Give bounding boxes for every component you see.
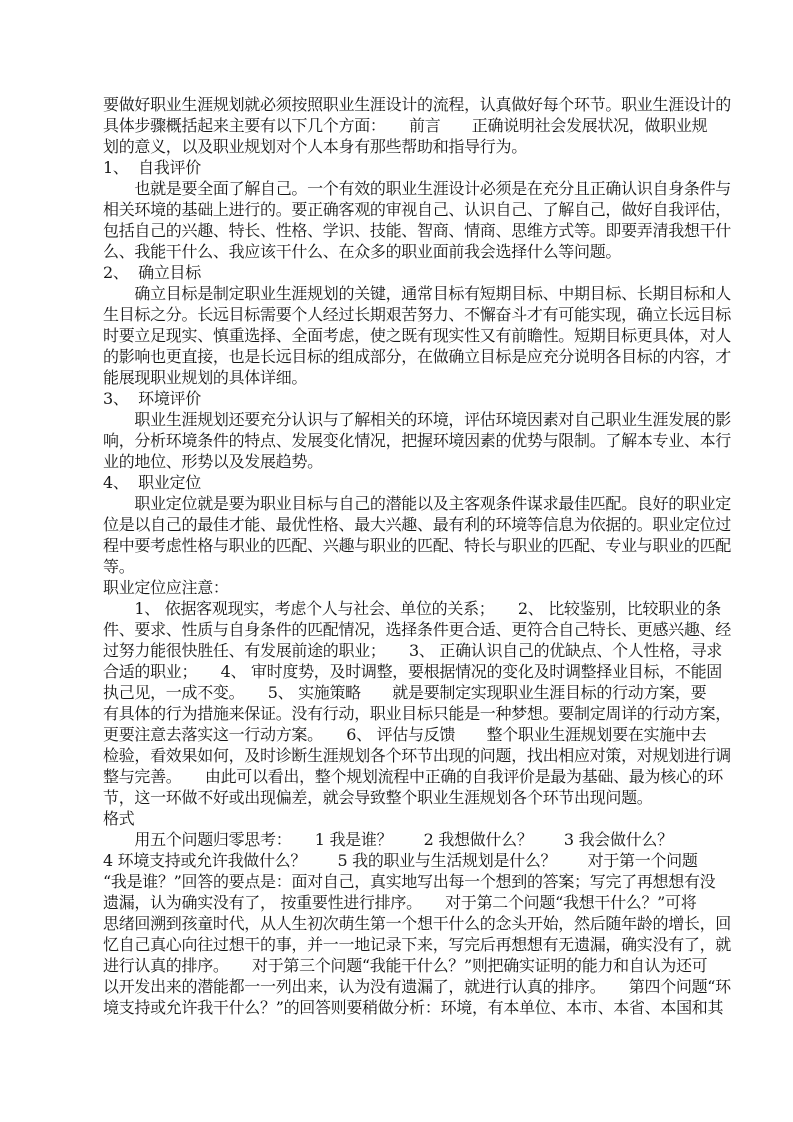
document-page: 要做好职业生涯规划就必须按照职业生涯设计的流程，认真做好每个环节。职业生涯设计的… (0, 0, 793, 1122)
text-line: 件、要求、性质与自身条件的匹配情况，选择条件更合适、更符合自己特长、更感兴趣、经 (103, 619, 697, 640)
text-line: 时要立足现实、慎重选择、全面考虑，使之既有现实性又有前瞻性。短期目标更具体，对人 (103, 325, 697, 346)
text-line: 合适的职业； 4、 审时度势，及时调整，要根据情况的变化及时调整择业目标，不能固 (103, 661, 697, 682)
text-line: 4、 职业定位 (103, 472, 697, 493)
document-text-block: 要做好职业生涯规划就必须按照职业生涯设计的流程，认真做好每个环节。职业生涯设计的… (103, 94, 697, 1018)
text-line: 节，这一环做不好或出现偏差，就会导致整个职业生涯规划各个环节出现问题。 (103, 787, 697, 808)
text-line: 响，分析环境条件的特点、发展变化情况，把握环境因素的优势与限制。了解本专业、本行 (103, 430, 697, 451)
text-line: 职业定位应注意： (103, 577, 697, 598)
text-line: 也就是要全面了解自己。一个有效的职业生涯设计必须是在充分且正确认识自身条件与 (103, 178, 697, 199)
text-line: 包括自己的兴趣、特长、性格、学识、技能、智商、情商、思维方式等。即要弄清我想干什 (103, 220, 697, 241)
text-line: 有具体的行为措施来保证。没有行动，职业目标只能是一种梦想。要制定周详的行动方案， (103, 703, 697, 724)
text-line: 4 环境支持或允许我做什么？ 5 我的职业与生活规划是什么？ 对于第一个问题 (103, 850, 697, 871)
text-line: 程中要考虑性格与职业的匹配、兴趣与职业的匹配、特长与职业的匹配、专业与职业的匹配 (103, 535, 697, 556)
text-line: 职业定位就是要为职业目标与自己的潜能以及主客观条件谋求最佳匹配。良好的职业定 (103, 493, 697, 514)
text-line: 进行认真的排序。 对于第三个问题“我能干什么？”则把确实证明的能力和自认为还可 (103, 955, 697, 976)
text-line: 格式 (103, 808, 697, 829)
text-line: 1、 自我评价 (103, 157, 697, 178)
text-line: 职业生涯规划还要充分认识与了解相关的环境，评估环境因素对自己职业生涯发展的影 (103, 409, 697, 430)
text-line: 思绪回溯到孩童时代，从人生初次萌生第一个想干什么的念头开始，然后随年龄的增长，回 (103, 913, 697, 934)
text-line: 1、 依据客观现实，考虑个人与社会、单位的关系； 2、 比较鉴别，比较职业的条 (103, 598, 697, 619)
text-line: 生目标之分。长远目标需要个人经过长期艰苦努力、不懈奋斗才有可能实现，确立长远目标 (103, 304, 697, 325)
text-line: “我是谁？”回答的要点是：面对自己，真实地写出每一个想到的答案；写完了再想想有没 (103, 871, 697, 892)
text-line: 用五个问题归零思考： 1 我是谁？ 2 我想做什么？ 3 我会做什么？ (103, 829, 697, 850)
text-line: 检验，看效果如何，及时诊断生涯规划各个环节出现的问题，找出相应对策，对规划进行调 (103, 745, 697, 766)
text-line: 么、我能干什么、我应该干什么、在众多的职业面前我会选择什么等问题。 (103, 241, 697, 262)
text-line: 要做好职业生涯规划就必须按照职业生涯设计的流程，认真做好每个环节。职业生涯设计的 (103, 94, 697, 115)
text-line: 划的意义，以及职业规划对个人本身有那些帮助和指导行为。 (103, 136, 697, 157)
text-line: 2、 确立目标 (103, 262, 697, 283)
text-line: 的影响也更直接，也是长远目标的组成部分，在做确立目标是应充分说明各目标的内容，才 (103, 346, 697, 367)
text-line: 遗漏，认为确实没有了， 按重要性进行排序。 对于第二个问题“我想干什么？”可将 (103, 892, 697, 913)
text-line: 忆自己真心向往过想干的事，并一一地记录下来，写完后再想想有无遗漏，确实没有了，就 (103, 934, 697, 955)
text-line: 更要注意去落实这一行动方案。 6、 评估与反馈 整个职业生涯规划要在实施中去 (103, 724, 697, 745)
text-line: 相关环境的基础上进行的。要正确客观的审视自己、认识自己、了解自己，做好自我评估， (103, 199, 697, 220)
text-line: 能展现职业规划的具体详细。 (103, 367, 697, 388)
text-line: 3、 环境评价 (103, 388, 697, 409)
text-line: 位是以自己的最佳才能、最优性格、最大兴趣、最有利的环境等信息为依据的。职业定位过 (103, 514, 697, 535)
text-line: 过努力能很快胜任、有发展前途的职业； 3、 正确认识自己的优缺点、个人性格，寻求 (103, 640, 697, 661)
text-line: 确立目标是制定职业生涯规划的关键，通常目标有短期目标、中期目标、长期目标和人 (103, 283, 697, 304)
text-line: 境支持或允许我干什么？”的回答则要稍做分析：环境，有本单位、本市、本省、本国和其 (103, 997, 697, 1018)
text-line: 具体步骤概括起来主要有以下几个方面： 前言 正确说明社会发展状况，做职业规 (103, 115, 697, 136)
text-line: 等。 (103, 556, 697, 577)
text-line: 整与完善。 由此可以看出，整个规划流程中正确的自我评价是最为基础、最为核心的环 (103, 766, 697, 787)
text-line: 以开发出来的潜能都一一列出来，认为没有遗漏了，就进行认真的排序。 第四个问题“环 (103, 976, 697, 997)
text-line: 执己见，一成不变。 5、 实施策略 就是要制定实现职业生涯目标的行动方案，要 (103, 682, 697, 703)
text-line: 业的地位、形势以及发展趋势。 (103, 451, 697, 472)
